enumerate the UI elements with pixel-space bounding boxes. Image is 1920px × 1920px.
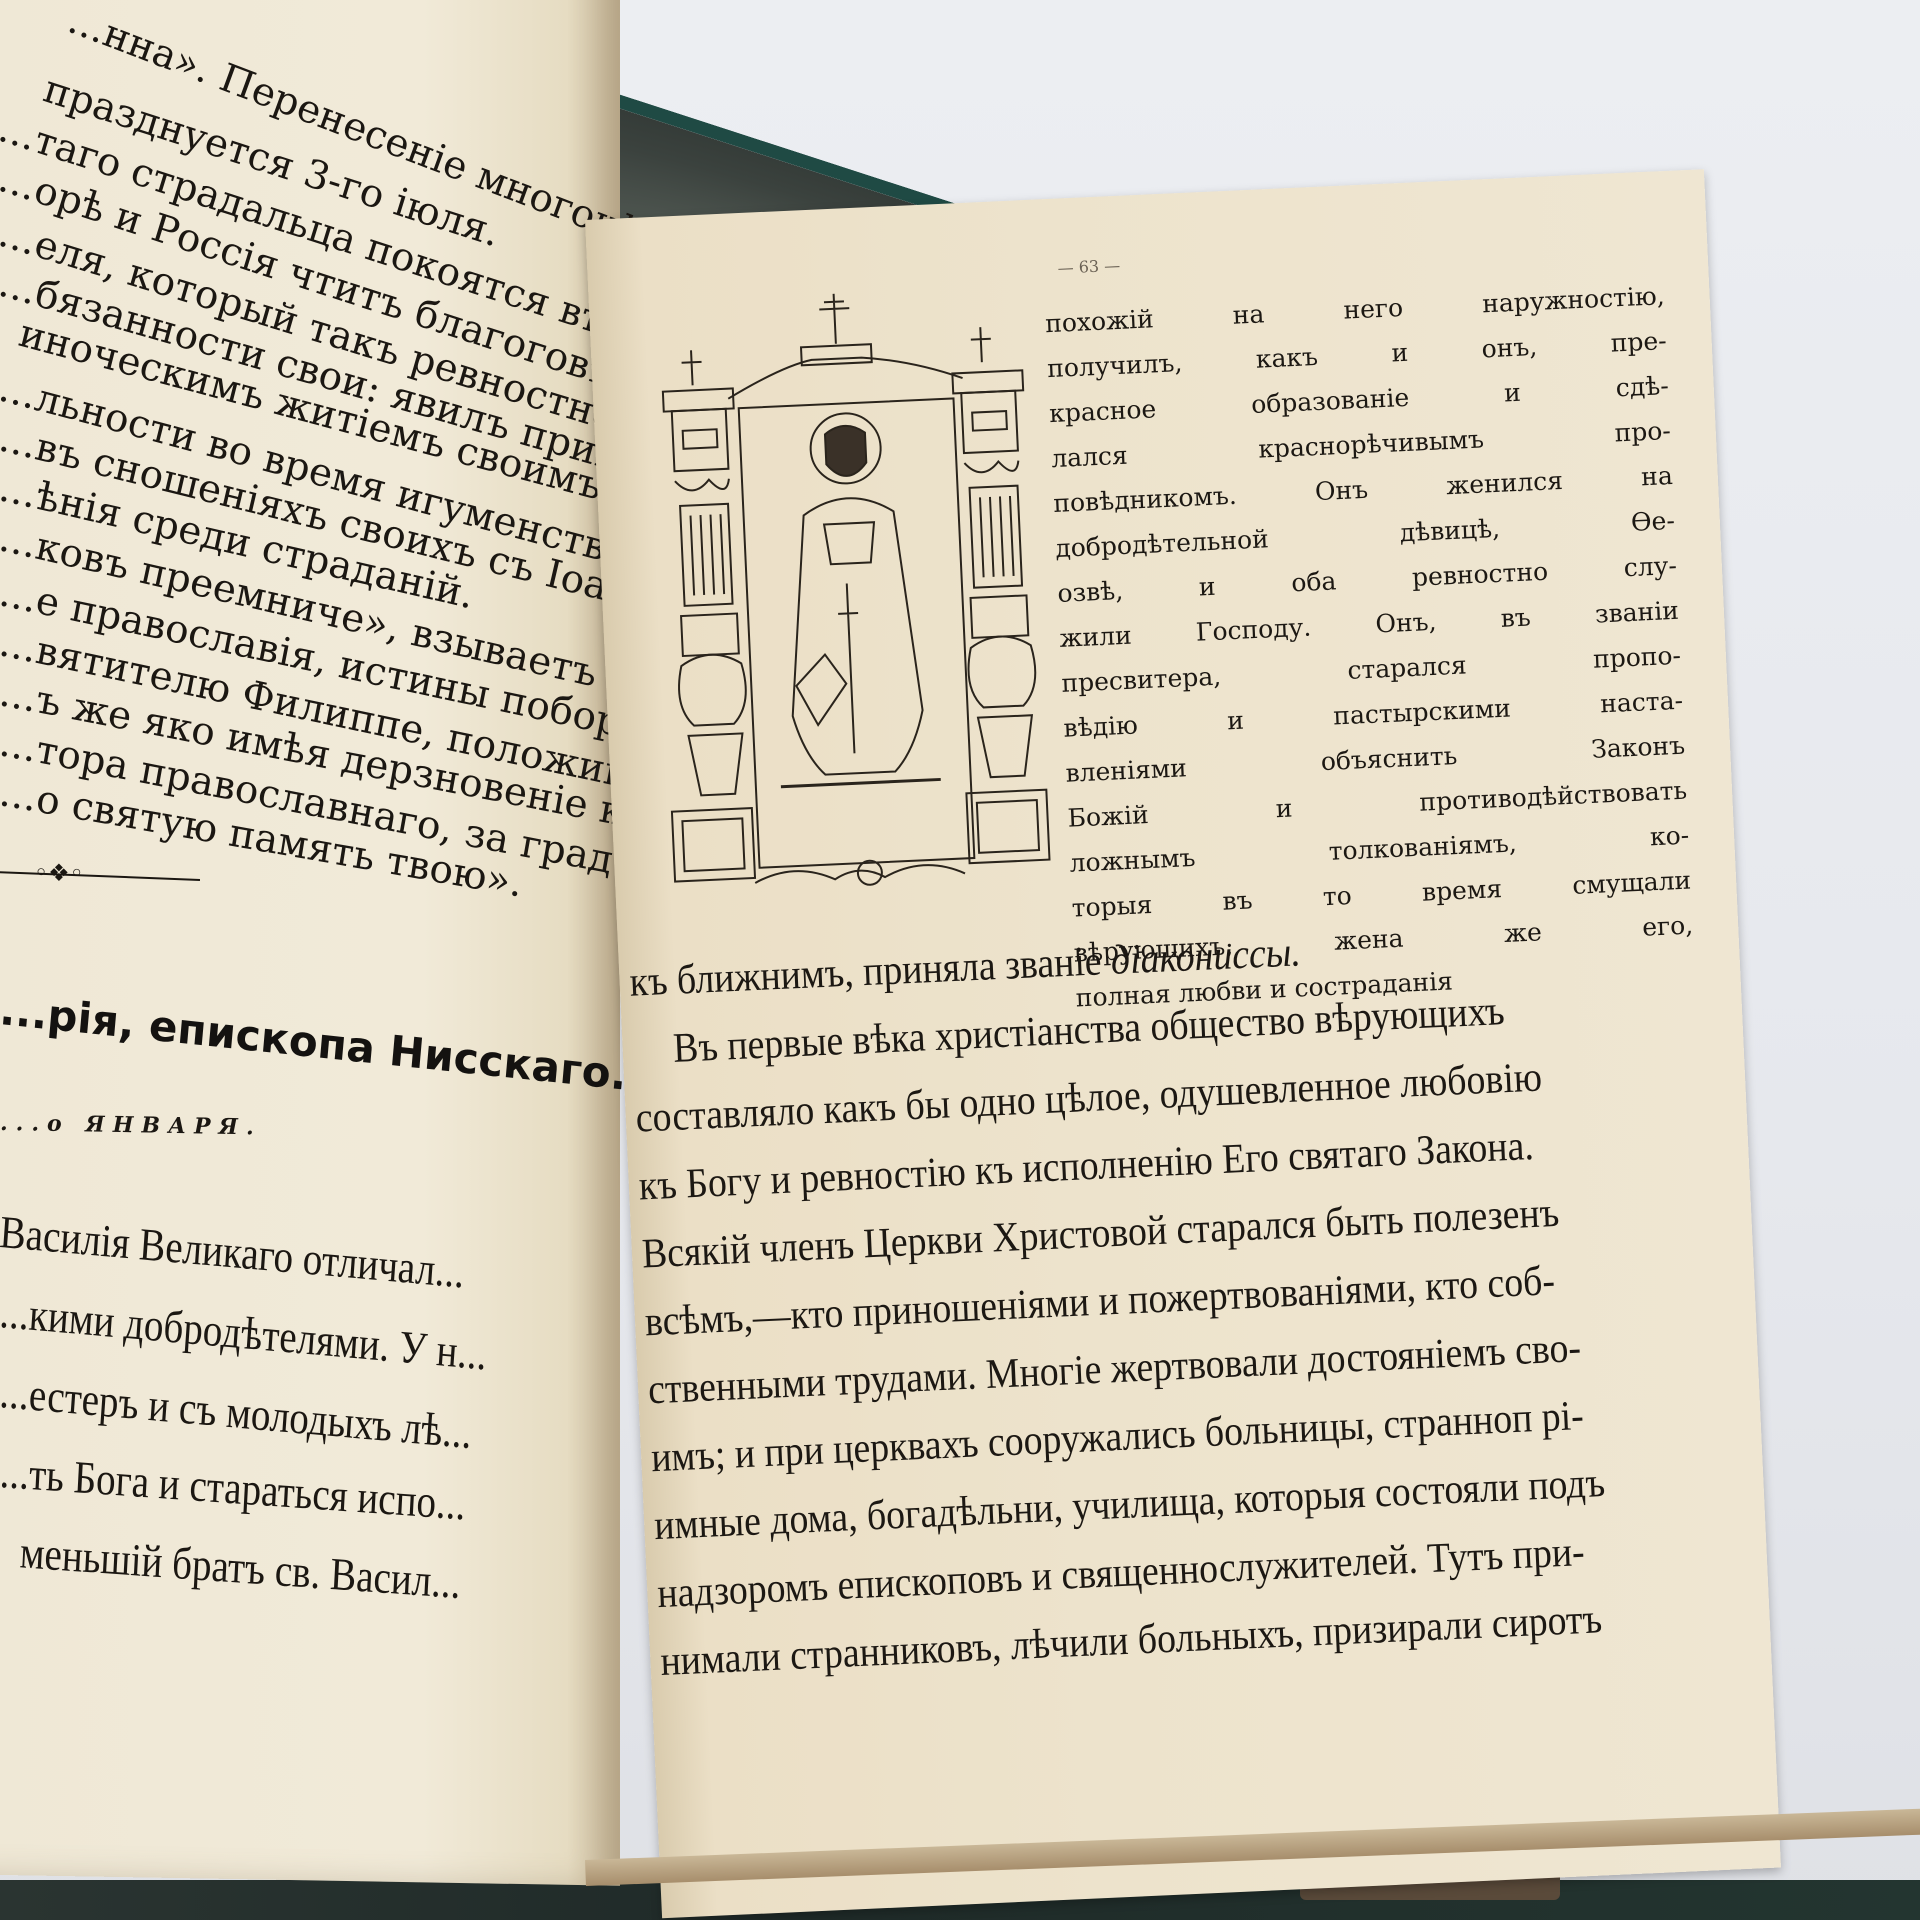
text-line: ...кими добродѣтелями. У н... [0,1285,489,1380]
text-line: меньшій братъ св. Васил... [19,1525,462,1609]
saint-engraving-illustration [628,275,1067,933]
text-span: къ ближнимъ, приняла званіе [629,938,1112,1006]
divider-ornament-icon: ◦❖◦ [34,859,84,888]
text-line: ...естеръ и съ молодыхъ лѣ... [0,1365,474,1459]
section-heading: ...рія, епископа Нисскаго. [0,985,629,1099]
section-divider [0,870,200,881]
text-line: ...ть Бога и стараться испо... [0,1445,467,1530]
right-page: — 63 — [585,169,1781,1918]
italic-term: діакониссы. [1110,929,1302,984]
right-page-body-text: къ ближнимъ, приняла званіе діакониссы. … [629,910,1732,1706]
left-page: ...нна». Перенесеніе многоцѣлебныхъ праз… [0,0,620,1886]
page-number: — 63 — [1057,256,1120,278]
text-line: Василія Великаго отличал... [0,1205,466,1298]
section-date: ...о ЯНВАРЯ. [0,1110,262,1141]
